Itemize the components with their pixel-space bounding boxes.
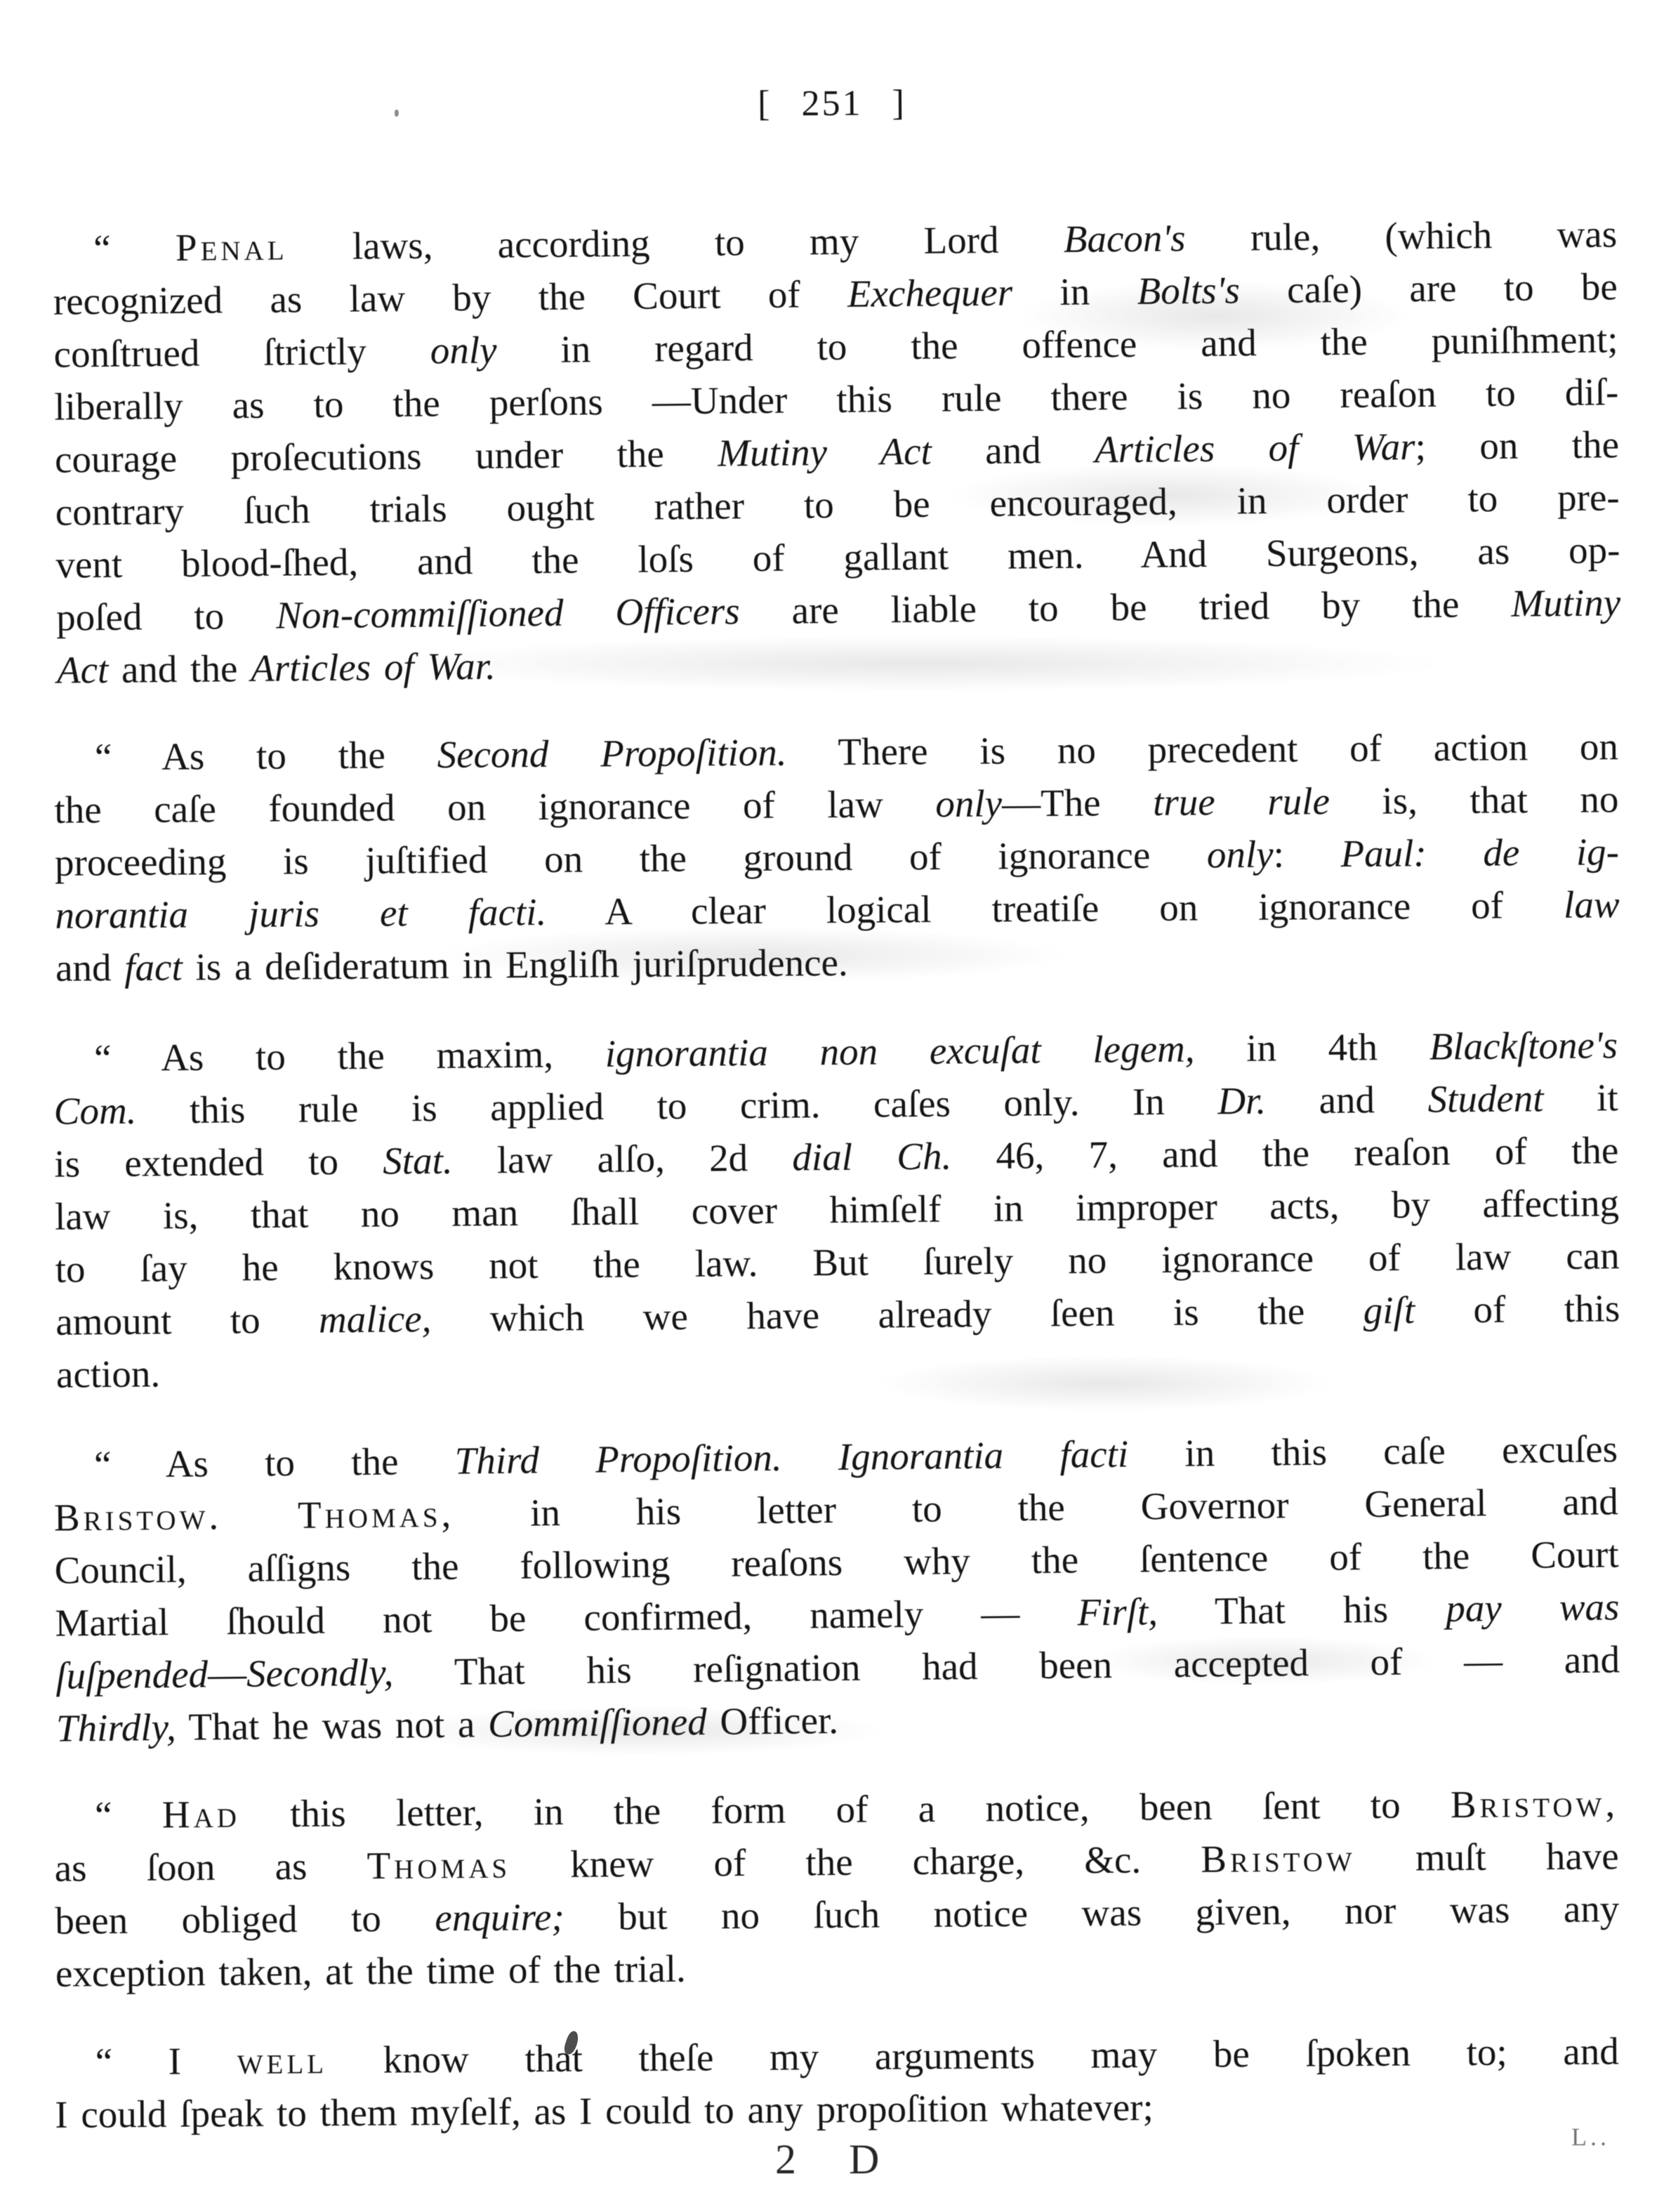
text-segment: proceeding is juſtified on the ground of…: [55, 833, 1207, 883]
text-segment: only: [1207, 833, 1274, 876]
text-segment: Bristow: [1201, 1836, 1356, 1881]
corner-catchword-mark: L..: [1571, 2122, 1610, 2152]
ink-speck: [395, 110, 399, 117]
text-segment: to ſay he knows not the law. But ſurely …: [55, 1234, 1619, 1290]
text-segment: That he was not a: [176, 1702, 488, 1749]
text-segment: fact: [124, 946, 183, 989]
text-segment: Martial ſhould not be confirmed, namely …: [55, 1591, 1078, 1644]
text-segment: [781, 1435, 838, 1479]
text-segment: in regard to the offence and the puniſhm…: [496, 317, 1618, 371]
text-segment: been obliged to: [55, 1896, 435, 1942]
text-segment: A clear logical treatiſe on ignorance of: [546, 883, 1564, 933]
text-segment: Blackſtone's: [1429, 1023, 1618, 1067]
paragraph: “ As to the Third Propoſition. Ignoranti…: [53, 1422, 1621, 1754]
text-segment: Second Propoſition.: [437, 730, 786, 775]
text-segment: Act: [57, 648, 109, 692]
text-segment: action.: [56, 1352, 161, 1395]
text-segment: which we have already ſeen is the: [431, 1289, 1363, 1340]
text-segment: :: [1273, 832, 1340, 876]
text-segment: Exchequer: [847, 271, 1013, 315]
text-segment: the caſe founded on ignorance of law: [54, 782, 935, 831]
text-segment: Ignorantia facti: [838, 1433, 1129, 1478]
signature-mark: 2 D: [775, 2136, 900, 2175]
paragraph: “ Had this letter, in the form of a noti…: [54, 1777, 1620, 1999]
text-segment: That his: [1158, 1587, 1446, 1633]
text-segment: in 4th: [1194, 1025, 1429, 1070]
text-segment: conſtrued ſtrictly: [53, 329, 430, 376]
text-segment: ſuſpended: [55, 1652, 209, 1697]
text-segment: —: [208, 1652, 247, 1696]
text-segment: know that theſe my arguments may be ſpok…: [327, 2029, 1619, 2081]
text-segment: Mutiny Act: [718, 430, 932, 475]
text-segment: ignorantia non excuſat legem,: [605, 1027, 1194, 1075]
text-line: “ I well know that theſe my arguments ma…: [55, 2025, 1619, 2088]
text-segment: Third Propoſition.: [454, 1436, 781, 1482]
body-text-block: “ Penal laws, according to my Lord Bacon…: [55, 215, 1619, 2172]
scan-text-layer: [ 251 ] “ Penal laws, according to my Lo…: [0, 0, 1664, 2212]
text-segment: Had: [162, 1793, 241, 1836]
text-segment: exception taken, at the time of the tria…: [55, 1947, 686, 1995]
text-segment: Mutiny: [1511, 581, 1620, 624]
text-line: norantia juris et facti. A clear logical…: [55, 878, 1619, 942]
text-segment: and: [55, 946, 125, 989]
text-segment: knew of the charge, &c.: [510, 1838, 1201, 1886]
text-segment: Bolts's: [1137, 268, 1240, 312]
text-segment: recognized as law by the Court of: [53, 272, 848, 323]
text-segment: I could ſpeak to them myſelf, as I could…: [55, 2086, 1154, 2136]
text-segment: in: [1012, 270, 1137, 314]
text-segment: law: [1564, 883, 1620, 926]
text-segment: “ I: [95, 2039, 237, 2083]
text-segment: true rule: [1153, 779, 1330, 824]
text-segment: dial Ch.: [792, 1135, 951, 1179]
page-number: [ 251 ]: [0, 79, 1664, 129]
paragraph: “ Penal laws, according to my Lord Bacon…: [53, 207, 1621, 696]
text-segment: “ As to the: [94, 1440, 455, 1486]
text-segment: norantia juris et facti.: [55, 890, 546, 937]
scanned-book-page: [ 251 ] “ Penal laws, according to my Lo…: [0, 0, 1664, 2212]
text-segment: Articles of War.: [251, 645, 496, 690]
text-line: I could ſpeak to them myſelf, as I could…: [55, 2077, 1619, 2141]
text-segment: Penal: [176, 225, 288, 269]
text-segment: 46, 7, and the reaſon of the: [951, 1128, 1619, 1177]
paragraph: “ I well know that theſe my arguments ma…: [55, 2025, 1620, 2141]
text-segment: malice,: [319, 1297, 432, 1341]
text-segment: contrary ſuch trials ought rather to be …: [55, 475, 1619, 533]
text-segment: as ſoon as: [55, 1844, 367, 1889]
text-segment: Bacon's: [1064, 216, 1186, 261]
text-segment: Student: [1427, 1077, 1544, 1120]
text-segment: That his reſignation had been accepted o…: [393, 1638, 1620, 1693]
text-segment: “ As to the: [95, 733, 437, 778]
text-segment: and: [931, 428, 1095, 472]
text-segment: giſt: [1363, 1289, 1415, 1332]
text-segment: Bristow.: [54, 1494, 223, 1539]
text-segment: in his letter to the Governor General an…: [454, 1480, 1618, 1534]
text-segment: caſe) are to be: [1240, 265, 1618, 311]
text-segment: muſt have: [1355, 1834, 1618, 1879]
text-segment: liberally as to the perſons —Under this …: [54, 370, 1618, 428]
text-segment: law is, that no man ſhall cover himſelf …: [55, 1181, 1619, 1237]
text-segment: Dr.: [1217, 1079, 1266, 1123]
text-segment: is a deſideratum in Engliſh juriſprudenc…: [183, 941, 848, 989]
text-segment: Articles of War: [1095, 425, 1415, 470]
text-segment: rule, (which was: [1185, 212, 1617, 259]
text-segment: are liable to be tried by the: [739, 582, 1511, 633]
text-segment: but no ſuch notice was given, nor was an…: [564, 1887, 1619, 1938]
text-segment: is, that no: [1330, 777, 1619, 822]
paragraph: “ As to the Second Propoſition. There is…: [54, 720, 1620, 994]
text-segment: Secondly,: [246, 1651, 394, 1695]
text-segment: [222, 1494, 298, 1537]
text-segment: well: [237, 2039, 327, 2082]
text-segment: There is no precedent of action on: [786, 725, 1618, 773]
text-segment: enquire;: [435, 1895, 564, 1939]
text-segment: Com.: [53, 1089, 136, 1133]
text-segment: this rule is applied to crim. caſes only…: [136, 1079, 1217, 1131]
text-segment: Stat.: [383, 1139, 453, 1183]
text-segment: Bristow,: [1451, 1782, 1619, 1826]
text-segment: pay was: [1446, 1585, 1620, 1630]
text-segment: Firſt,: [1077, 1590, 1158, 1633]
text-segment: and: [1266, 1078, 1428, 1122]
text-segment: amount to: [55, 1298, 319, 1343]
text-segment: is extended to: [54, 1140, 383, 1185]
text-segment: laws, according to my Lord: [287, 218, 1064, 268]
text-segment: Non-commiſſioned Officers: [276, 589, 740, 636]
text-segment: “: [93, 226, 176, 270]
text-segment: in this caſe excuſes: [1128, 1427, 1618, 1475]
text-segment: it: [1543, 1076, 1618, 1119]
text-segment: Paul: de ig-: [1340, 830, 1619, 875]
text-segment: “: [95, 1793, 162, 1837]
text-line: and fact is a deſideratum in Engliſh jur…: [55, 930, 1620, 994]
text-segment: poſed to: [56, 594, 276, 639]
text-segment: courage proſecutions under the: [55, 432, 718, 481]
text-segment: only: [935, 782, 1002, 825]
text-segment: law alſo, 2d: [452, 1136, 792, 1182]
paragraph: “ As to the maxim, ignorantia non excuſa…: [53, 1018, 1620, 1400]
text-segment: Officer.: [706, 1699, 838, 1743]
text-segment: —The: [1002, 781, 1153, 824]
text-segment: “ As to the maxim,: [94, 1032, 605, 1079]
text-segment: Thomas,: [298, 1492, 455, 1536]
text-segment: Thomas: [367, 1843, 510, 1888]
text-segment: only: [430, 329, 497, 372]
text-segment: ; on the: [1415, 423, 1619, 468]
text-segment: Thirdly,: [56, 1706, 176, 1750]
text-segment: this letter, in the form of a notice, be…: [240, 1783, 1451, 1836]
text-segment: Commiſſioned: [488, 1700, 707, 1745]
text-segment: and the: [108, 647, 251, 691]
text-segment: vent blood-ſhed, and the loſs of gallant…: [55, 528, 1620, 586]
text-segment: of this: [1415, 1286, 1620, 1331]
